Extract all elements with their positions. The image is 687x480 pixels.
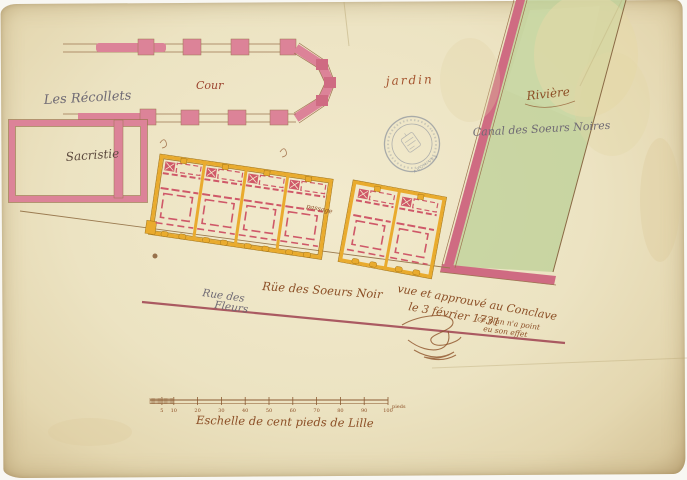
ink-spot (153, 254, 158, 259)
party-wall (385, 192, 399, 267)
water-stain (574, 52, 650, 156)
scale-tick-number: 60 (290, 408, 296, 414)
stamp-crest (401, 132, 422, 153)
scale-bar: 5102030405060708090100 pieds Eschelle de… (150, 397, 406, 430)
scale-tick-number: 10 (171, 408, 177, 414)
label-rue-soeurs-noir: Rüe des Soeurs Noir (261, 279, 385, 302)
house-block-a (145, 154, 333, 260)
corner-step (145, 220, 157, 234)
scale-unit: pieds (392, 404, 406, 410)
crease-line (344, 2, 349, 46)
scale-tick-number: 50 (266, 408, 272, 414)
buttress (138, 39, 154, 55)
stain (440, 38, 500, 122)
buttress (231, 39, 249, 55)
wall-pink-segment (96, 43, 166, 52)
scale-tick-number: 90 (361, 408, 367, 414)
scale-tick-number: 5 (160, 408, 163, 414)
scanned-plan: ARCHIVES Les Récollets Cour jardin Sacri… (0, 0, 687, 480)
buttress (280, 39, 296, 55)
plan-drawing: ARCHIVES Les Récollets Cour jardin Sacri… (0, 0, 687, 480)
scale-caption: Eschelle de cent pieds de Lille (195, 413, 374, 430)
apse-corner-block (316, 59, 328, 70)
stain (48, 418, 132, 446)
buttress (270, 110, 288, 125)
label-sacristie: Sacristie (65, 146, 119, 164)
apse-corner-block (324, 77, 336, 88)
annotation-mark (160, 140, 167, 148)
label-recollets: Les Récollets (42, 88, 132, 108)
stamp-crest-detail (400, 130, 417, 149)
scale-tick-number: 80 (337, 408, 343, 414)
annotation-mark (280, 149, 287, 157)
label-jardin: jardin (383, 72, 434, 88)
archive-stamp: ARCHIVES (374, 106, 451, 183)
buttress (181, 110, 199, 125)
buttress (228, 110, 246, 125)
apse-corner-block (316, 95, 328, 106)
signature-flourish (402, 316, 461, 360)
scale-tick-number: 70 (313, 408, 319, 414)
stain (640, 138, 680, 262)
stamp-rim-lettering (379, 111, 446, 178)
buttress (183, 39, 201, 55)
crease-line (432, 358, 687, 368)
label-cour: Cour (196, 79, 224, 92)
house-block-b (338, 180, 447, 279)
